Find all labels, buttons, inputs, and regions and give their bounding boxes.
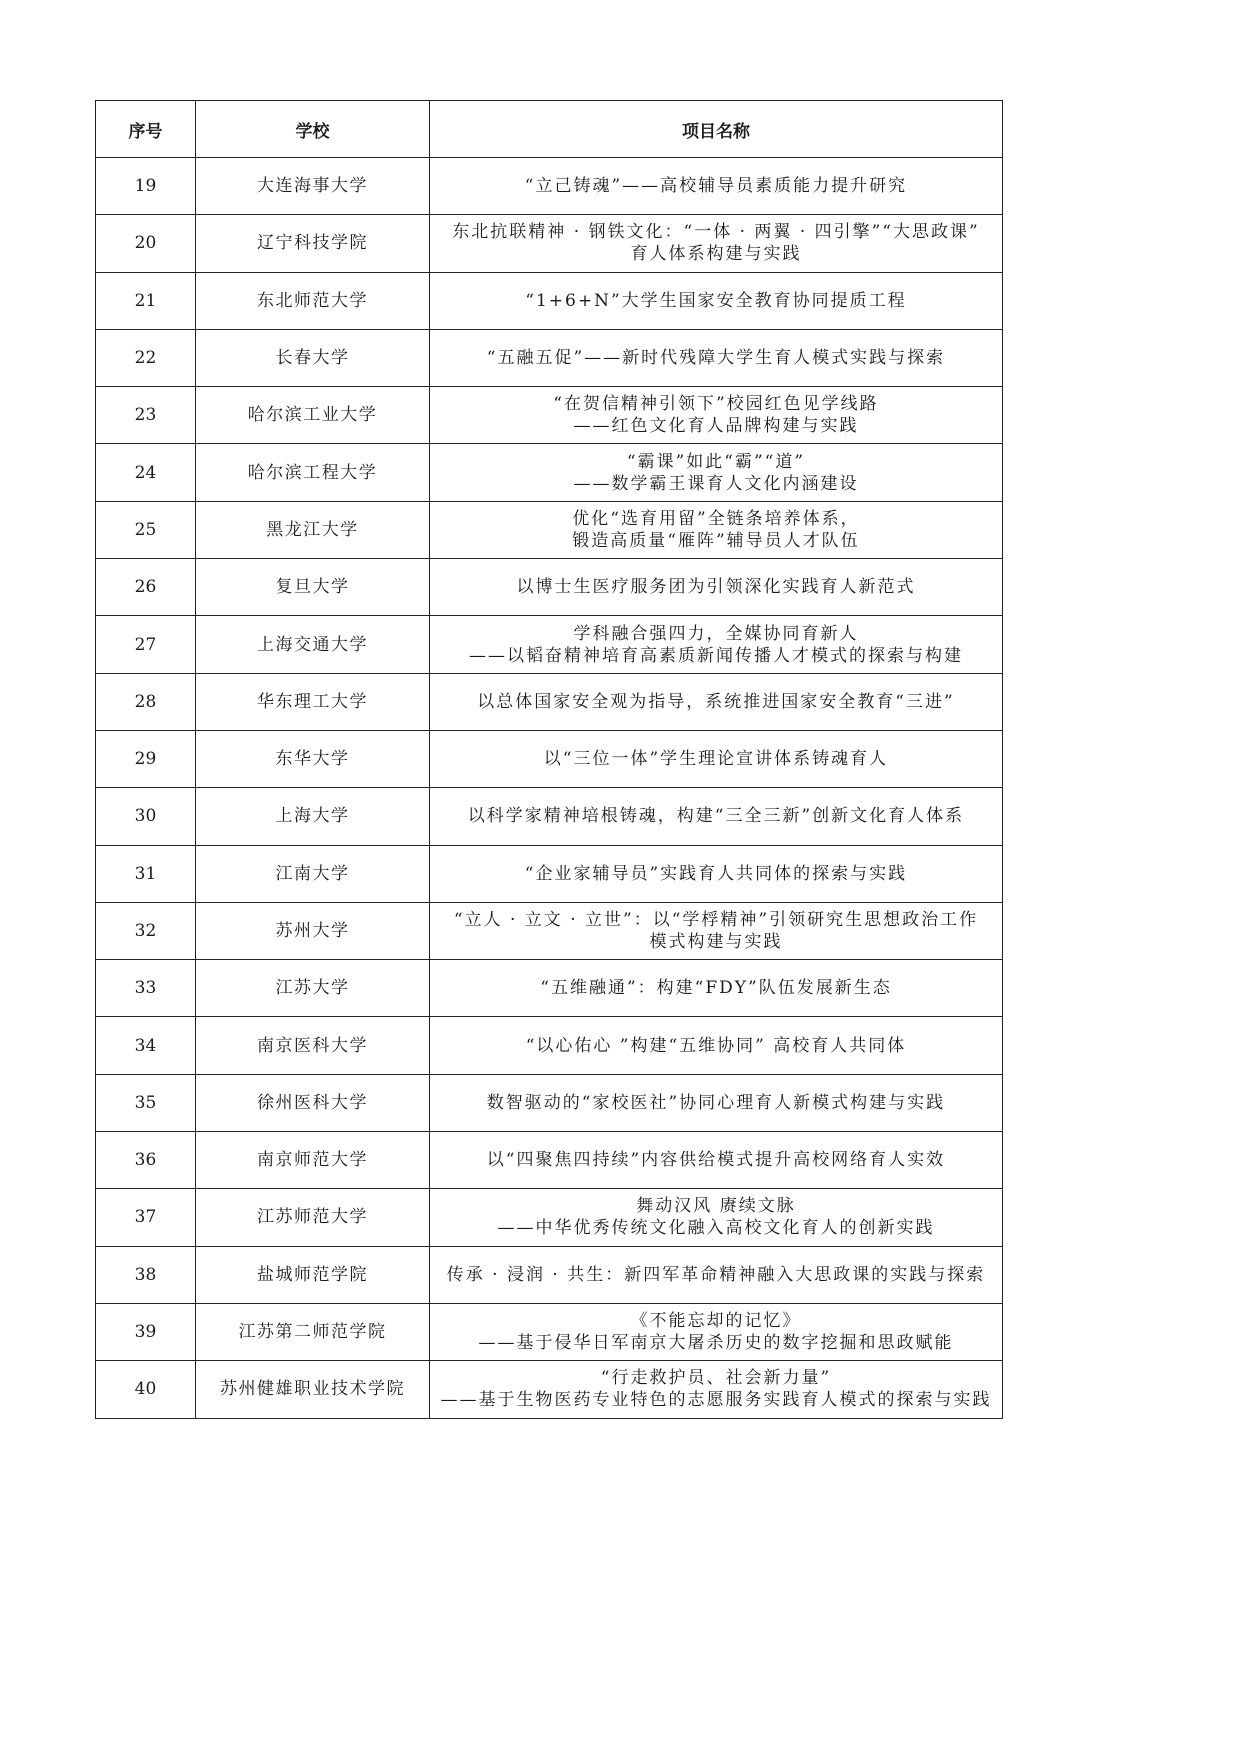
project-name-line: ——以韬奋精神培育高素质新闻传播人才模式的探索与构建 (434, 645, 998, 667)
header-serial-number: 序号 (96, 101, 196, 158)
table-body: 19大连海事大学“立己铸魂”——高校辅导员素质能力提升研究20辽宁科技学院东北抗… (96, 158, 1003, 1419)
project-name-line: “以心佑心 ”构建“五维协同” 高校育人共同体 (434, 1035, 998, 1057)
project-name-line: 数智驱动的“家校医社”协同心理育人新模式构建与实践 (434, 1092, 998, 1114)
project-name-line: 学科融合强四力，全媒协同育新人 (434, 623, 998, 645)
serial-number-cell: 37 (96, 1189, 196, 1246)
table-row: 29东华大学以“三位一体”学生理论宣讲体系铸魂育人 (96, 730, 1003, 787)
school-cell: 辽宁科技学院 (196, 215, 430, 272)
school-cell: 南京师范大学 (196, 1132, 430, 1189)
header-project-name: 项目名称 (430, 101, 1003, 158)
school-cell: 哈尔滨工程大学 (196, 444, 430, 501)
document-page: 序号 学校 项目名称 19大连海事大学“立己铸魂”——高校辅导员素质能力提升研究… (95, 100, 1002, 1419)
project-name-line: ——数学霸王课育人文化内涵建设 (434, 473, 998, 495)
project-name-line: “行走救护员、社会新力量” (434, 1367, 998, 1389)
serial-number-cell: 23 (96, 387, 196, 444)
project-name-line: ——基于生物医药专业特色的志愿服务实践育人模式的探索与实践 (434, 1389, 998, 1411)
table-row: 22长春大学“五融五促”——新时代残障大学生育人模式实践与探索 (96, 329, 1003, 386)
project-name-cell: “以心佑心 ”构建“五维协同” 高校育人共同体 (430, 1017, 1003, 1074)
project-name-line: “立己铸魂”——高校辅导员素质能力提升研究 (434, 175, 998, 197)
table-row: 39江苏第二师范学院《不能忘却的记忆》——基于侵华日军南京大屠杀历史的数字挖掘和… (96, 1303, 1003, 1360)
table-row: 34南京医科大学“以心佑心 ”构建“五维协同” 高校育人共同体 (96, 1017, 1003, 1074)
table-row: 24哈尔滨工程大学“霸课”如此“霸”“道”——数学霸王课育人文化内涵建设 (96, 444, 1003, 501)
table-row: 33江苏大学“五维融通”：构建“FDY”队伍发展新生态 (96, 960, 1003, 1017)
project-name-line: 以“四聚焦四持续”内容供给模式提升高校网络育人实效 (434, 1149, 998, 1171)
project-name-line: ——中华优秀传统文化融入高校文化育人的创新实践 (434, 1217, 998, 1239)
school-cell: 江苏第二师范学院 (196, 1303, 430, 1360)
serial-number-cell: 39 (96, 1303, 196, 1360)
serial-number-cell: 33 (96, 960, 196, 1017)
project-name-cell: “立人 · 立文 · 立世”：以“学桴精神”引领研究生思想政治工作模式构建与实践 (430, 902, 1003, 959)
project-name-line: 锻造高质量“雁阵”辅导员人才队伍 (434, 530, 998, 552)
project-name-line: 舞动汉风 赓续文脉 (434, 1195, 998, 1217)
serial-number-cell: 20 (96, 215, 196, 272)
table-row: 38盐城师范学院传承 · 浸润 · 共生：新四军革命精神融入大思政课的实践与探索 (96, 1246, 1003, 1303)
school-cell: 徐州医科大学 (196, 1074, 430, 1131)
school-cell: 东华大学 (196, 730, 430, 787)
serial-number-cell: 32 (96, 902, 196, 959)
table-row: 20辽宁科技学院东北抗联精神 · 钢铁文化：“一体 · 两翼 · 四引擎”“大思… (96, 215, 1003, 272)
serial-number-cell: 40 (96, 1361, 196, 1418)
project-name-cell: 舞动汉风 赓续文脉——中华优秀传统文化融入高校文化育人的创新实践 (430, 1189, 1003, 1246)
school-cell: 长春大学 (196, 329, 430, 386)
serial-number-cell: 30 (96, 788, 196, 845)
project-name-cell: “霸课”如此“霸”“道”——数学霸王课育人文化内涵建设 (430, 444, 1003, 501)
project-name-cell: 以博士生医疗服务团为引领深化实践育人新范式 (430, 559, 1003, 616)
project-name-line: 以博士生医疗服务团为引领深化实践育人新范式 (434, 576, 998, 598)
project-name-cell: “企业家辅导员”实践育人共同体的探索与实践 (430, 845, 1003, 902)
project-name-cell: “五融五促”——新时代残障大学生育人模式实践与探索 (430, 329, 1003, 386)
project-name-line: 传承 · 浸润 · 共生：新四军革命精神融入大思政课的实践与探索 (434, 1264, 998, 1286)
project-name-line: ——基于侵华日军南京大屠杀历史的数字挖掘和思政赋能 (434, 1332, 998, 1354)
project-name-line: 育人体系构建与实践 (434, 243, 998, 265)
table-row: 40苏州健雄职业技术学院“行走救护员、社会新力量”——基于生物医药专业特色的志愿… (96, 1361, 1003, 1418)
serial-number-cell: 24 (96, 444, 196, 501)
project-name-cell: “1+6+N”大学生国家安全教育协同提质工程 (430, 272, 1003, 329)
project-name-line: 东北抗联精神 · 钢铁文化：“一体 · 两翼 · 四引擎”“大思政课” (434, 221, 998, 243)
project-name-line: 以总体国家安全观为指导，系统推进国家安全教育“三进” (434, 691, 998, 713)
school-cell: 上海大学 (196, 788, 430, 845)
project-name-line: “立人 · 立文 · 立世”：以“学桴精神”引领研究生思想政治工作 (434, 909, 998, 931)
project-name-cell: 传承 · 浸润 · 共生：新四军革命精神融入大思政课的实践与探索 (430, 1246, 1003, 1303)
project-name-cell: 东北抗联精神 · 钢铁文化：“一体 · 两翼 · 四引擎”“大思政课”育人体系构… (430, 215, 1003, 272)
serial-number-cell: 26 (96, 559, 196, 616)
serial-number-cell: 35 (96, 1074, 196, 1131)
school-cell: 江苏大学 (196, 960, 430, 1017)
serial-number-cell: 27 (96, 616, 196, 673)
project-name-line: 以科学家精神培根铸魂，构建“三全三新”创新文化育人体系 (434, 805, 998, 827)
project-name-cell: 数智驱动的“家校医社”协同心理育人新模式构建与实践 (430, 1074, 1003, 1131)
header-school: 学校 (196, 101, 430, 158)
school-cell: 复旦大学 (196, 559, 430, 616)
serial-number-cell: 38 (96, 1246, 196, 1303)
project-name-line: “1+6+N”大学生国家安全教育协同提质工程 (434, 290, 998, 312)
table-row: 37江苏师范大学舞动汉风 赓续文脉——中华优秀传统文化融入高校文化育人的创新实践 (96, 1189, 1003, 1246)
table-row: 27上海交通大学学科融合强四力，全媒协同育新人——以韬奋精神培育高素质新闻传播人… (96, 616, 1003, 673)
school-cell: 哈尔滨工业大学 (196, 387, 430, 444)
school-cell: 江苏师范大学 (196, 1189, 430, 1246)
table-row: 32苏州大学“立人 · 立文 · 立世”：以“学桴精神”引领研究生思想政治工作模… (96, 902, 1003, 959)
table-row: 28华东理工大学以总体国家安全观为指导，系统推进国家安全教育“三进” (96, 673, 1003, 730)
project-name-cell: “五维融通”：构建“FDY”队伍发展新生态 (430, 960, 1003, 1017)
project-name-line: 以“三位一体”学生理论宣讲体系铸魂育人 (434, 748, 998, 770)
serial-number-cell: 22 (96, 329, 196, 386)
project-list-table: 序号 学校 项目名称 19大连海事大学“立己铸魂”——高校辅导员素质能力提升研究… (95, 100, 1003, 1419)
project-name-cell: 《不能忘却的记忆》——基于侵华日军南京大屠杀历史的数字挖掘和思政赋能 (430, 1303, 1003, 1360)
project-name-cell: “在贺信精神引领下”校园红色见学线路——红色文化育人品牌构建与实践 (430, 387, 1003, 444)
project-name-line: 优化“选育用留”全链条培养体系， (434, 508, 998, 530)
school-cell: 苏州健雄职业技术学院 (196, 1361, 430, 1418)
school-cell: 南京医科大学 (196, 1017, 430, 1074)
project-name-line: 模式构建与实践 (434, 931, 998, 953)
project-name-cell: “立己铸魂”——高校辅导员素质能力提升研究 (430, 158, 1003, 215)
project-name-line: 《不能忘却的记忆》 (434, 1310, 998, 1332)
serial-number-cell: 19 (96, 158, 196, 215)
table-row: 31江南大学“企业家辅导员”实践育人共同体的探索与实践 (96, 845, 1003, 902)
school-cell: 苏州大学 (196, 902, 430, 959)
project-name-cell: “行走救护员、社会新力量”——基于生物医药专业特色的志愿服务实践育人模式的探索与… (430, 1361, 1003, 1418)
project-name-line: “霸课”如此“霸”“道” (434, 451, 998, 473)
school-cell: 盐城师范学院 (196, 1246, 430, 1303)
school-cell: 上海交通大学 (196, 616, 430, 673)
serial-number-cell: 29 (96, 730, 196, 787)
serial-number-cell: 36 (96, 1132, 196, 1189)
table-row: 36南京师范大学以“四聚焦四持续”内容供给模式提升高校网络育人实效 (96, 1132, 1003, 1189)
serial-number-cell: 34 (96, 1017, 196, 1074)
school-cell: 华东理工大学 (196, 673, 430, 730)
serial-number-cell: 21 (96, 272, 196, 329)
serial-number-cell: 28 (96, 673, 196, 730)
project-name-cell: 以总体国家安全观为指导，系统推进国家安全教育“三进” (430, 673, 1003, 730)
table-row: 35徐州医科大学数智驱动的“家校医社”协同心理育人新模式构建与实践 (96, 1074, 1003, 1131)
project-name-cell: 优化“选育用留”全链条培养体系，锻造高质量“雁阵”辅导员人才队伍 (430, 501, 1003, 558)
table-row: 19大连海事大学“立己铸魂”——高校辅导员素质能力提升研究 (96, 158, 1003, 215)
table-row: 30上海大学以科学家精神培根铸魂，构建“三全三新”创新文化育人体系 (96, 788, 1003, 845)
project-name-line: “五融五促”——新时代残障大学生育人模式实践与探索 (434, 347, 998, 369)
project-name-cell: 以科学家精神培根铸魂，构建“三全三新”创新文化育人体系 (430, 788, 1003, 845)
table-row: 21东北师范大学“1+6+N”大学生国家安全教育协同提质工程 (96, 272, 1003, 329)
table-row: 26复旦大学以博士生医疗服务团为引领深化实践育人新范式 (96, 559, 1003, 616)
project-name-line: “企业家辅导员”实践育人共同体的探索与实践 (434, 863, 998, 885)
project-name-cell: 以“三位一体”学生理论宣讲体系铸魂育人 (430, 730, 1003, 787)
school-cell: 东北师范大学 (196, 272, 430, 329)
project-name-line: “在贺信精神引领下”校园红色见学线路 (434, 393, 998, 415)
school-cell: 江南大学 (196, 845, 430, 902)
project-name-cell: 以“四聚焦四持续”内容供给模式提升高校网络育人实效 (430, 1132, 1003, 1189)
project-name-cell: 学科融合强四力，全媒协同育新人——以韬奋精神培育高素质新闻传播人才模式的探索与构… (430, 616, 1003, 673)
table-header-row: 序号 学校 项目名称 (96, 101, 1003, 158)
project-name-line: “五维融通”：构建“FDY”队伍发展新生态 (434, 977, 998, 999)
table-row: 25黑龙江大学优化“选育用留”全链条培养体系，锻造高质量“雁阵”辅导员人才队伍 (96, 501, 1003, 558)
school-cell: 大连海事大学 (196, 158, 430, 215)
project-name-line: ——红色文化育人品牌构建与实践 (434, 415, 998, 437)
table-row: 23哈尔滨工业大学“在贺信精神引领下”校园红色见学线路——红色文化育人品牌构建与… (96, 387, 1003, 444)
school-cell: 黑龙江大学 (196, 501, 430, 558)
serial-number-cell: 31 (96, 845, 196, 902)
serial-number-cell: 25 (96, 501, 196, 558)
